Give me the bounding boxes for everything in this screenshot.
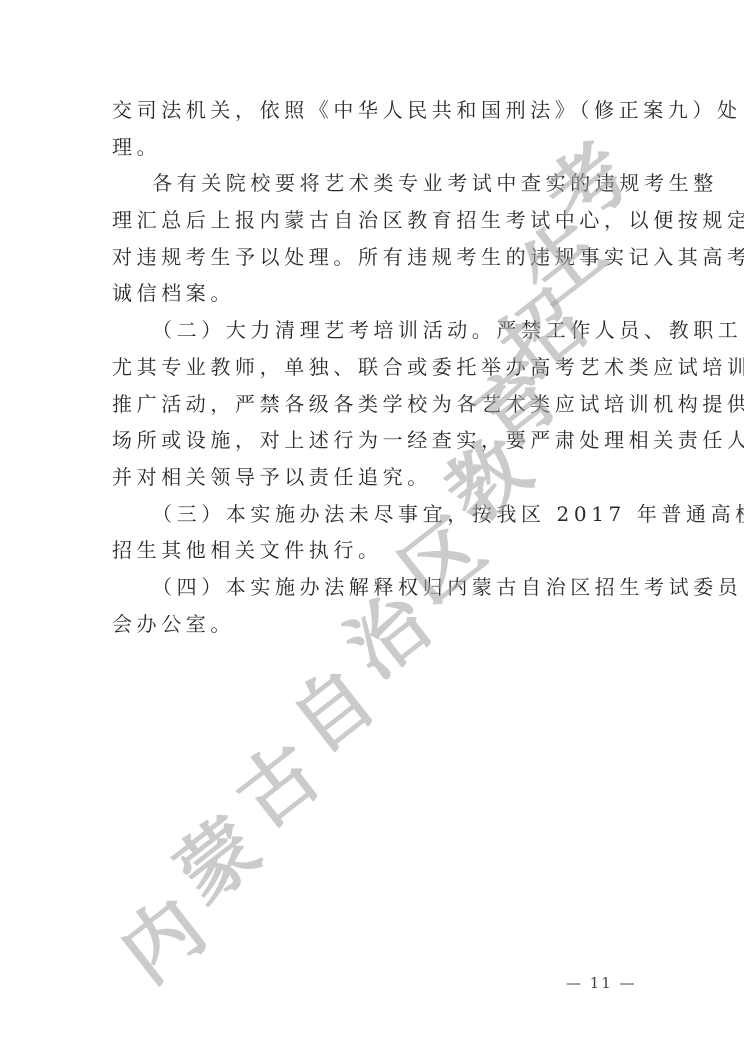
document-body: 交司法机关，依照《中华人民共和国刑法》（修正案九）处 理。 各有关院校要将艺术类… [112,92,632,642]
page-number: — 11 — [566,974,637,992]
text-line: 招生其他相关文件执行。 [112,532,632,569]
text-line: 理汇总后上报内蒙古自治区教育招生考试中心，以便按规定 [112,202,632,239]
text-line: 各有关院校要将艺术类专业考试中查实的违规考生整 [112,165,632,202]
text-line: 推广活动，严禁各级各类学校为各艺术类应试培训机构提供 [112,386,632,423]
watermark-char: 古 [209,713,339,849]
watermark-char: 内 [94,868,224,1004]
text-line: （三）本实施办法未尽事宜，按我区 2017 年普通高校 [112,496,632,533]
watermark-char: 蒙 [149,788,279,924]
text-line: 会办公室。 [112,606,632,643]
text-line: 并对相关领导予以责任追究。 [112,459,632,496]
text-line: （四）本实施办法解释权归内蒙古自治区招生考试委员 [112,569,632,606]
document-page: 交司法机关，依照《中华人民共和国刑法》（修正案九）处 理。 各有关院校要将艺术类… [0,0,744,1053]
text-line: （二）大力清理艺考培训活动。严禁工作人员、教职工 [112,312,632,349]
text-line: 理。 [112,129,632,166]
text-line: 尤其专业教师，单独、联合或委托举办高考艺术类应试培训、 [112,349,632,386]
text-line: 对违规考生予以处理。所有违规考生的违规事实记入其高考 [112,239,632,276]
text-line: 场所或设施，对上述行为一经查实，要严肃处理相关责任人 [112,422,632,459]
text-line: 交司法机关，依照《中华人民共和国刑法》（修正案九）处 [112,92,632,129]
text-line: 诚信档案。 [112,275,632,312]
watermark-char: 自 [264,638,394,774]
